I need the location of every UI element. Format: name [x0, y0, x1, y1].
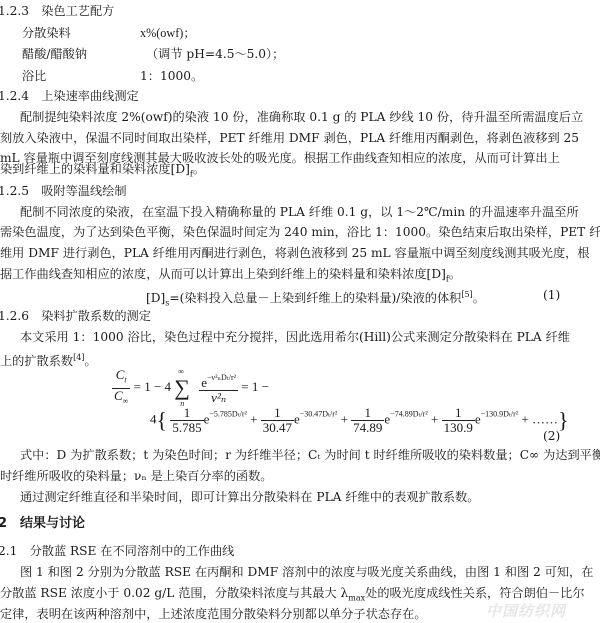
symbol: C [114, 388, 123, 403]
equation-1: [D]s=(染料投入总量－上染到纤维上的染料量)/染液的体积[5]。 [146, 287, 485, 312]
series-term: 174.89 [351, 406, 384, 435]
exponent: −30.47Dₜ/r² [300, 409, 338, 418]
paragraph-text: 据工作曲线查知相应的浓度，从而可以计算出上染到纤维上的染料量和染料浓度[D] [0, 267, 446, 281]
paragraph-line: 图 1 和图 2 分别为分散蓝 RSE 在丙酮和 DMF 溶剂中的浓度与吸光度关… [20, 564, 593, 580]
equation-2-line-1: Ct C∞ = 1 − 4 ∑∞n e−ν²ₙDₜ/r² ν²ₙ = 1 − [112, 368, 269, 408]
exponent: −130.9Dₜ/r² [481, 409, 519, 418]
equation-lhs: [D] [146, 291, 165, 305]
recipe-value: （调节 pH=4.5～5.0）； [146, 45, 284, 62]
subscript: ∞ [123, 396, 129, 405]
summation-icon: ∑∞n [174, 375, 190, 400]
equation-number: (1) [543, 287, 560, 303]
paragraph-line: 式中：D 为扩散系数；t 为染色时间；r 为纤维半径；Cₜ 为时间 t 时纤维所… [20, 447, 600, 463]
citation: [5] [461, 290, 472, 299]
paragraph-text: 染到纤维上的染料量和染料浓度[D] [0, 162, 190, 176]
punctuation: 。 [84, 354, 96, 368]
recipe-value: 1：1000。 [140, 67, 203, 84]
section-heading-2-1: 2.1 分散蓝 RSE 在不同溶剂中的工作曲线 [0, 543, 234, 559]
paragraph-line: 定律，表明在该两种溶剂中，上述浓度范围分散染料分别都以单分子状态存在。 [0, 606, 427, 622]
term-denominator: 5.785 [170, 421, 203, 435]
recipe-name: 分散染料 [22, 24, 71, 41]
paragraph-line: 通过测定纤维直径和半染时间，即可计算出分散染料在 PLA 纤维中的表观扩散系数。 [20, 489, 479, 505]
fraction-sum-term: e−ν²ₙDₜ/r² ν²ₙ [199, 371, 238, 405]
equation-text: = 1 − [241, 379, 269, 394]
section-heading-1-2-5: 1.2.5 吸附等温线绘制 [0, 183, 127, 199]
equation-number: (2) [543, 428, 560, 444]
punctuation: 。 [193, 162, 205, 176]
subscript: max [348, 593, 365, 602]
exponent: −5.785Dₜ/r² [209, 409, 247, 418]
paragraph-line: 需染色温度，为了达到染色平衡，染色保温时间定为 240 min，浴比 1：100… [0, 224, 600, 240]
series-term: 15.785 [170, 406, 203, 435]
paragraph-line: 据工作曲线查知相应的浓度，从而可以计算出上染到纤维上的染料量和染料浓度[D]f。 [0, 266, 461, 287]
left-brace-icon: { [157, 408, 168, 433]
symbol: ν²ₙ [211, 390, 226, 405]
section-heading-1-2-6: 1.2.6 染料扩散系数的测定 [0, 308, 151, 324]
fraction-ct-cinf: Ct C∞ [112, 368, 130, 408]
term-denominator: 130.9 [442, 421, 475, 435]
series-term: 130.47 [261, 406, 294, 435]
recipe-name: 醋酸/醋酸钠 [22, 45, 87, 62]
subscript: t [124, 376, 126, 385]
paragraph-line: 维用 DMF 进行剥色，PLA 纤维用丙酮进行剥色，将剥色液移到 25 mL 容… [0, 245, 590, 261]
exponent: −74.89Dₜ/r² [390, 409, 428, 418]
term-denominator: 30.47 [261, 421, 294, 435]
term-denominator: 74.89 [351, 421, 384, 435]
paragraph-line: 时纤维所吸收的染料量；νₙ 是上染百分率的函数。 [0, 468, 273, 484]
recipe-name: 浴比 [22, 67, 46, 84]
punctuation: 。 [473, 291, 485, 305]
equation-2-line-2: 4{ 15.785e−5.785Dₜ/r² + 130.47e−30.47Dₜ/… [150, 406, 569, 435]
paragraph-line: 刻放入染液中，保温不同时间取出染样，PET 纤维用 DMF 剥色，PLA 纤维用… [0, 130, 579, 146]
recipe-value: x%(owf)； [140, 24, 196, 41]
paper-page: 1.2.3 染色工艺配方 分散染料 x%(owf)； 醋酸/醋酸钠 （调节 pH… [0, 0, 600, 623]
paragraph-text: 上的扩散系数 [0, 354, 73, 368]
paragraph-line: 本文采用 1：1000 浴比，染色过程中充分搅拌，因此选用希尔(Hill)公式来… [20, 329, 570, 345]
equation-text: = 1 − 4 [134, 379, 171, 394]
paragraph-text: 处的吸光度成线性关系，符合朗伯－比尔 [365, 586, 584, 600]
equation-rhs: =(染料投入总量－上染到纤维上的染料量)/染液的体积 [169, 291, 461, 305]
exponent: −ν²ₙDₜ/r² [207, 373, 236, 382]
section-heading-1-2-3: 1.2.3 染色工艺配方 [0, 3, 114, 19]
paragraph-line: 配制不同浓度的染液，在室温下投入精确称量的 PLA 纤维 0.1 g，以 1～2… [20, 204, 579, 220]
section-heading-1-2-4: 1.2.4 上染速率曲线测定 [0, 88, 139, 104]
paragraph-line: 上的扩散系数[4]。 [0, 350, 97, 369]
watermark: 中国纺织网 [486, 600, 566, 621]
paragraph-text: 分散蓝 RSE 浓度小于 0.02 g/L 范围，分散染料浓度与其最大 λ [0, 586, 348, 600]
sum-upper: ∞ [178, 367, 184, 376]
paragraph-line: 染到纤维上的染料量和染料浓度[D]f。 [0, 161, 205, 182]
series-tail: + …… [521, 411, 558, 426]
punctuation: 。 [449, 267, 461, 281]
section-heading-2: 2 结果与讨论 [0, 516, 85, 532]
citation: [4] [73, 353, 84, 362]
series-term: 1130.9 [442, 406, 475, 435]
paragraph-line: 配制提纯染料浓度 2%(owf)的染液 10 份，准确称取 0.1 g 的 PL… [20, 109, 583, 125]
